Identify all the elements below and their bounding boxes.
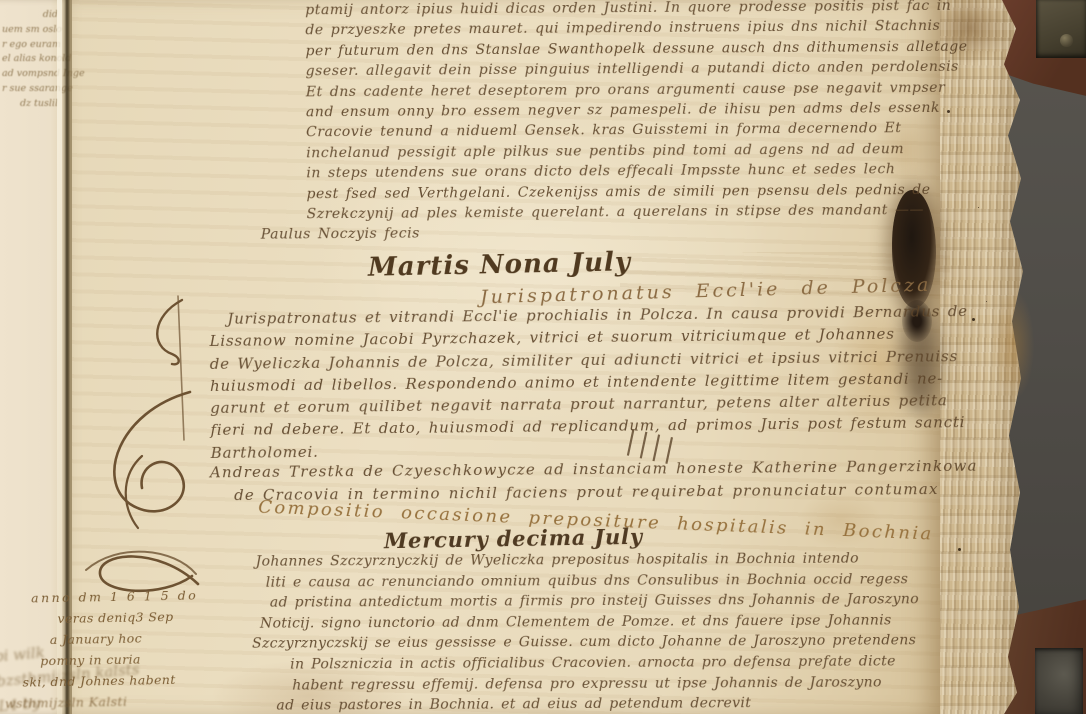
gutter-note-line: wsthmijzsln Kalsti xyxy=(5,689,200,713)
gutter-note-line: anno dm 1 6 1 5 do xyxy=(31,584,198,608)
gutter-note-line: pomny in curia xyxy=(40,647,199,671)
clasp-rivet-boss xyxy=(1060,34,1073,47)
fore-edge-stain xyxy=(992,290,1034,400)
marginalia-fragment: uem sm oslo xyxy=(2,23,58,38)
session-heading-mercury-decima-july: Mercury decima July xyxy=(384,524,643,554)
metal-clasp-bottom xyxy=(1035,648,1083,714)
manuscript-text-line: in Polszniczia in actis officialibus Cra… xyxy=(290,651,919,675)
manuscript-text-line: Paulus Noczyis fecis xyxy=(261,220,969,245)
gutter-date-note: anno dm 1 6 1 5 doveras deniq3 Sepa Janu… xyxy=(25,584,200,713)
paragraph-hospital-bochnia-case: Johannes Szczyrznyczkij de Wyeliczka pre… xyxy=(256,548,920,714)
marginalia-fragment: r ego euram xyxy=(2,38,58,53)
manuscript-text-line: Johannes Szczyrznyczkij de Wyeliczka pre… xyxy=(256,548,919,572)
archival-manuscript-photo: |||| ptamij antorz ipius huidi dicas ord… xyxy=(0,0,1086,714)
metal-clasp-top xyxy=(1036,0,1086,58)
manuscript-text-line: ad eius pastores in Bochnia. et ad eius … xyxy=(276,692,919,714)
marginalia-fragment: el alias konold xyxy=(2,52,58,67)
session-heading-martis-nona-july: Martis Nona July xyxy=(368,247,632,283)
gutter-note-line: veras deniq3 Sep xyxy=(57,605,198,628)
paragraph-juris-patronatus-case: Jurispatronatus et vitrandi Eccl'ie proc… xyxy=(209,300,969,464)
left-page-marginalia: diduem sm oslor ego euramel alias konold… xyxy=(2,8,58,112)
gutter-note-line: a January hoc xyxy=(50,626,199,650)
marginalia-fragment: did xyxy=(2,8,58,23)
marginalia-fragment: r sue ssarange xyxy=(2,82,58,97)
marginalia-fragment: ad vompsnd Inge xyxy=(2,67,58,82)
paragraph-session-entry-1: ptamij antorz ipius huidi dicas orden Ju… xyxy=(305,0,969,245)
manuscript-text-line: habent regressu effemij. defensa pro exp… xyxy=(292,672,919,696)
marginalia-fragment: dz tuslil xyxy=(2,97,58,112)
flourish-p3-bracket xyxy=(116,452,146,532)
